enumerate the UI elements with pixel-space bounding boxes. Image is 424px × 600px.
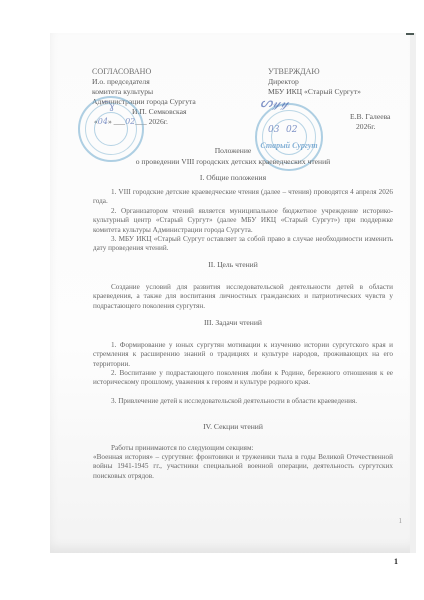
- stamp-left-inner-ring: [94, 112, 128, 146]
- scanned-page: СОГЛАСОВАНО И.о. председателя комитета к…: [50, 33, 416, 553]
- section-4-paragraph-1: Работы принимаются по следующим секциям:: [93, 444, 393, 453]
- approval-right-date-year: 2026г.: [356, 122, 375, 132]
- section-3-paragraph-3: 3. Привлечение детей к исследовательской…: [93, 397, 393, 406]
- section-1-heading: I. Общие положения: [50, 173, 416, 183]
- approval-left-date-year: 2026г.: [149, 117, 168, 126]
- section-3-paragraph-2: 2. Воспитание у подрастающего поколения …: [93, 369, 393, 388]
- section-4-paragraph-2: «Военная история» – сургутяне: фронтовик…: [93, 453, 393, 481]
- section-3-paragraph-1: 1. Формирование у юных сургутян мотиваци…: [93, 341, 393, 369]
- section-2-heading: II. Цель чтений: [50, 260, 416, 270]
- scan-corner-mark: [406, 33, 414, 35]
- page-number: 1: [394, 557, 398, 566]
- document-title: Положение: [50, 146, 416, 156]
- approval-right-position: Директор: [268, 77, 299, 87]
- section-1-paragraph-1: 1. VIII городские детские краеведческие …: [93, 188, 393, 207]
- section-4-heading: IV. Секции чтений: [50, 422, 416, 432]
- section-2-paragraph-1: Создание условий для развития исследоват…: [93, 283, 393, 311]
- page-number-inner: 1: [399, 517, 403, 525]
- approval-right-heading: УТВЕРЖДАЮ: [268, 67, 320, 77]
- approval-left-committee: комитета культуры: [92, 87, 153, 97]
- signature-left: ⌒ɣ: [100, 99, 114, 112]
- approval-left-position: И.о. председателя: [92, 77, 150, 87]
- approval-right-signature-name: Е.В. Галеева: [350, 112, 390, 122]
- page-edge-shadow: [410, 33, 416, 553]
- signature-right: ᔕ𝓎𝓎: [260, 95, 289, 111]
- section-1-paragraph-2: 2. Организатором чтений является муницип…: [93, 207, 393, 235]
- section-1-paragraph-3: 3. МБУ ИКЦ «Старый Сургут оставляет за с…: [93, 235, 393, 254]
- document-subtitle: о проведении VIII городских детских крае…: [50, 157, 416, 167]
- approval-left-heading: СОГЛАСОВАНО: [92, 67, 151, 77]
- section-3-heading: III. Задачи чтений: [50, 318, 416, 328]
